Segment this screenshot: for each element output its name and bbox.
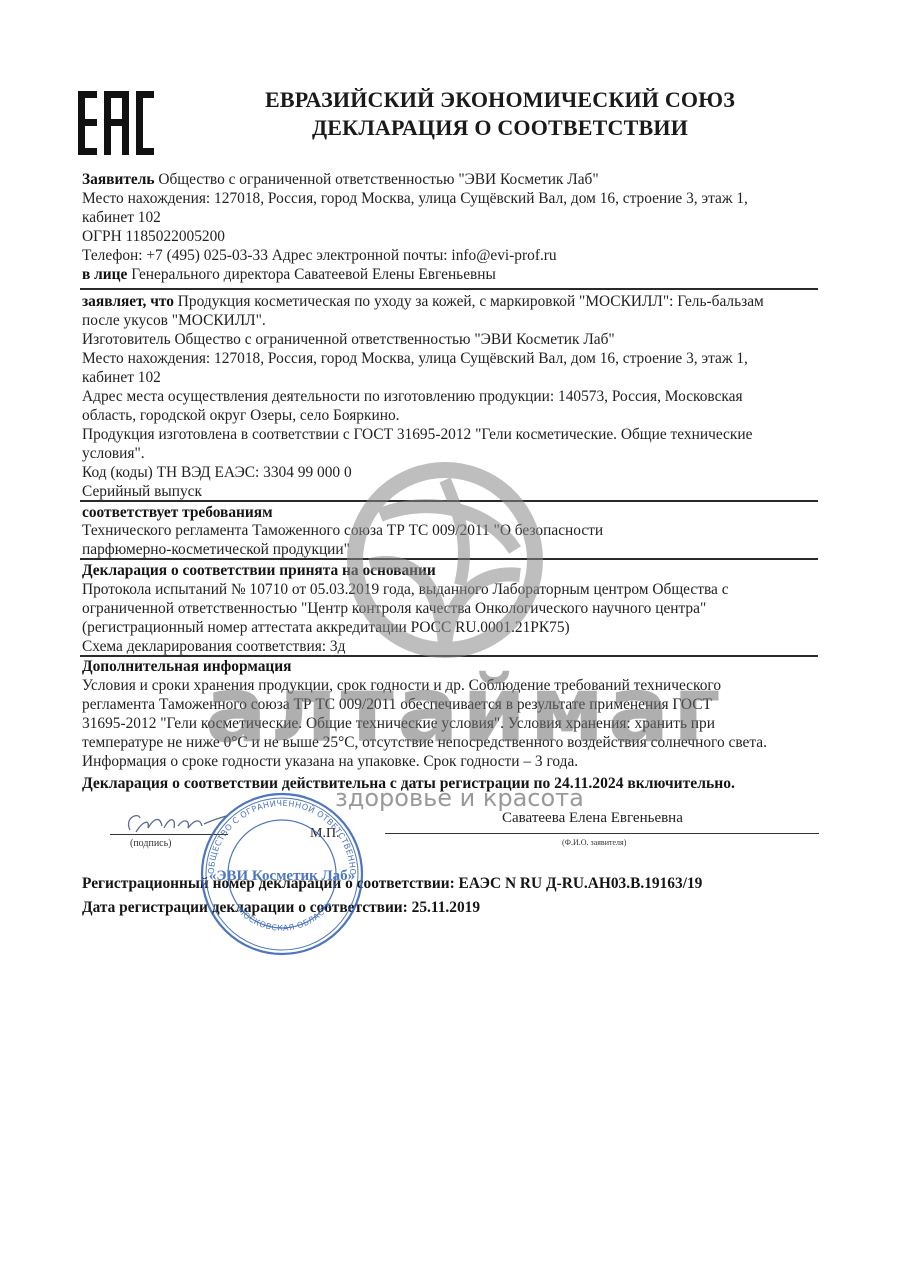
additional-info-label: Дополнительная информация <box>82 657 291 676</box>
basis-line-1: Протокола испытаний № 10710 от 05.03.201… <box>82 580 729 599</box>
stamp-bottom-text: МОСКОВСКАЯ ОБЛАСТЬ <box>236 900 334 933</box>
signer-name-line <box>385 833 819 834</box>
divider <box>80 558 818 560</box>
applicant-address-2: кабинет 102 <box>82 208 161 227</box>
signature-caption: (подпись) <box>130 838 172 849</box>
basis-line-2: ограниченной ответственностью "Центр кон… <box>82 599 706 618</box>
eac-logo-icon <box>76 89 156 157</box>
applicant-name: Общество с ограниченной ответственностью… <box>158 171 598 188</box>
additional-line-1: Условия и сроки хранения продукции, срок… <box>82 676 721 695</box>
tn-ved-code: Код (коды) ТН ВЭД ЕАЭС: 3304 99 000 0 <box>82 463 352 482</box>
represented-by-line: в лице Генерального директора Саватеевой… <box>82 265 496 284</box>
validity-statement: Декларация о соответствии действительна … <box>82 774 735 793</box>
basis-line-3: (регистрационный номер аттестата аккреди… <box>82 618 570 637</box>
requirements-line-2: парфюмерно-косметической продукции" <box>82 540 350 559</box>
stamp-outer-text: ОБЩЕСТВО С ОГРАНИЧЕННОЙ ОТВЕТСТВЕННОСТЬЮ… <box>198 790 358 875</box>
additional-line-2: регламента Таможенного союза ТР ТС 009/2… <box>82 695 712 714</box>
standard-line-2: условия". <box>82 444 145 463</box>
signer-name: Саватеева Елена Евгеньевна <box>502 810 683 827</box>
applicant-line: Заявитель Общество с ограниченной ответс… <box>82 170 599 189</box>
declaration-page: ЕВРАЗИЙСКИЙ ЭКОНОМИЧЕСКИЙ СОЮЗ ДЕКЛАРАЦИ… <box>0 0 900 1273</box>
additional-line-4: температуре не ниже 0°С и не выше 25°С, … <box>82 733 767 752</box>
applicant-contacts: Телефон: +7 (495) 025-03-33 Адрес электр… <box>82 246 557 265</box>
signer-caption: (Ф.И.О. заявителя) <box>562 838 626 847</box>
applicant-address-1: Место нахождения: 127018, Россия, город … <box>82 189 748 208</box>
title-line-2: ДЕКЛАРАЦИЯ О СООТВЕТСТВИИ <box>200 114 800 142</box>
release-type: Серийный выпуск <box>82 482 202 501</box>
declaration-scheme: Схема декларирования соответствия: 3д <box>82 637 345 656</box>
represented-label: в лице <box>82 266 127 283</box>
svg-text:МОСКОВСКАЯ ОБЛАСТЬ: МОСКОВСКАЯ ОБЛАСТЬ <box>236 900 334 933</box>
stamp-center-text: «ЭВИ Косметик Лаб» <box>209 868 355 884</box>
additional-line-3: 31695-2012 "Гели косметические. Общие те… <box>82 714 715 733</box>
divider <box>80 500 818 502</box>
declares-line: заявляет, что Продукция косметическая по… <box>82 292 764 311</box>
basis-label: Декларация о соответствии принята на осн… <box>82 561 436 580</box>
represented-by: Генерального директора Саватеевой Елены … <box>131 266 496 283</box>
applicant-ogrn: ОГРН 1185022005200 <box>82 227 225 246</box>
document-title: ЕВРАЗИЙСКИЙ ЭКОНОМИЧЕСКИЙ СОЮЗ ДЕКЛАРАЦИ… <box>200 86 800 142</box>
standard-line-1: Продукция изготовлена в соответствии с Г… <box>82 425 752 444</box>
production-address-1: Адрес места осуществления деятельности п… <box>82 387 743 406</box>
product-description: Продукция косметическая по уходу за коже… <box>178 293 764 310</box>
registration-number: Регистрационный номер декларации о соотв… <box>82 874 702 893</box>
requirements-label: соответствует требованиям <box>82 503 273 522</box>
requirements-line-1: Технического регламента Таможенного союз… <box>82 521 603 540</box>
manufacturer: Изготовитель Общество с ограниченной отв… <box>82 330 615 349</box>
manufacturer-address-1: Место нахождения: 127018, Россия, город … <box>82 349 748 368</box>
applicant-label: Заявитель <box>82 171 155 188</box>
title-line-1: ЕВРАЗИЙСКИЙ ЭКОНОМИЧЕСКИЙ СОЮЗ <box>200 86 800 114</box>
divider <box>80 288 818 290</box>
manufacturer-address-2: кабинет 102 <box>82 368 161 387</box>
product-line-2: после укусов "МОСКИЛЛ". <box>82 311 266 330</box>
company-stamp-icon: ОБЩЕСТВО С ОГРАНИЧЕННОЙ ОТВЕТСТВЕННОСТЬЮ… <box>198 790 366 958</box>
additional-line-5: Информация о сроке годности указана на у… <box>82 752 578 771</box>
declares-label: заявляет, что <box>82 293 174 310</box>
production-address-2: область, городской округ Озеры, село Боя… <box>82 406 400 425</box>
svg-text:ОБЩЕСТВО С ОГРАНИЧЕННОЙ ОТВЕТС: ОБЩЕСТВО С ОГРАНИЧЕННОЙ ОТВЕТСТВЕННОСТЬЮ… <box>198 790 358 875</box>
